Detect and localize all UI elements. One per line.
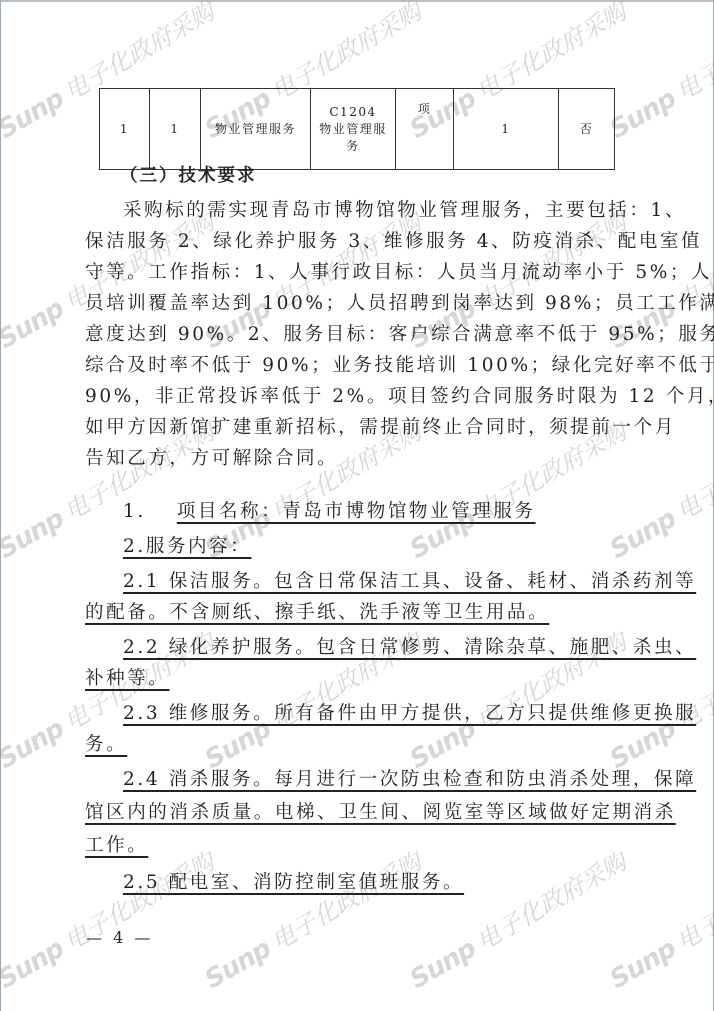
service-2-4-line-1: 2.4 消杀服务。每月进行一次防虫检查和防虫消杀处理，保障	[123, 769, 696, 790]
table-cell-index: 1	[100, 89, 150, 170]
table-cell-category: C1204 物业管理服务	[311, 89, 396, 170]
service-line: 2.3 维修服务。所有备件由甲方提供，乙方只提供维修更换服	[85, 699, 668, 729]
table-cell-package: 1	[150, 89, 201, 170]
paragraph-line: 保洁服务 2、绿化养护服务 3、维修服务 4、防疫消杀、配电室值	[85, 227, 630, 257]
service-2-3-line-1: 2.3 维修服务。所有备件由甲方提供，乙方只提供维修更换服	[123, 703, 696, 724]
paragraph-line: 采购标的需实现青岛市博物馆物业管理服务，主要包括：1、	[85, 196, 668, 226]
section-heading: （三）技术要求	[120, 161, 665, 191]
paragraph-line: 守等。工作指标：1、人事行政目标：人员当月流动率小于 5%；人	[85, 258, 630, 288]
category-name: 物业管理服务	[314, 121, 392, 155]
paragraph-line: 如甲方因新馆扩建重新招标，需提前终止合同时，须提前一个月	[85, 413, 630, 443]
service-2-5-line-1: 2.5 配电室、消防控制室值班服务。	[123, 872, 464, 893]
paragraph-line: 告知乙方，方可解除合同。	[85, 444, 630, 474]
category-code: C1204	[314, 104, 392, 121]
service-2-1-line-1: 2.1 保洁服务。包含日常保洁工具、设备、耗材、消杀药剂等	[123, 571, 696, 592]
table-cell-flag: 否	[559, 89, 615, 170]
table-cell-unit: 项	[396, 89, 454, 170]
service-line: 工作。	[85, 831, 630, 861]
service-line: 补种等。	[85, 664, 630, 694]
service-2-4-line-2: 馆区内的消杀质量。电梯、卫生间、阅览室等区域做好定期消杀	[85, 802, 676, 823]
service-line: 的配备。不含厕纸、擦手纸、洗手液等卫生用品。	[85, 598, 630, 628]
service-2-4-line-3: 工作。	[85, 835, 148, 856]
table-row: 1 1 物业管理服务 C1204 物业管理服务 项 1 否	[100, 89, 615, 170]
service-line: 2.2 绿化养护服务。包含日常修剪、清除杂草、施肥、杀虫、	[85, 633, 668, 663]
paragraph-line: 综合及时率不低于 90%；业务技能培训 100%；绿化完好率不低于	[85, 351, 630, 381]
service-2-2-line-2: 补种等。	[85, 668, 169, 689]
table-cell-quantity: 1	[454, 89, 559, 170]
project-name-line: 1. 项目名称：青岛市博物馆物业管理服务	[85, 497, 668, 527]
service-line: 馆区内的消杀质量。电梯、卫生间、阅览室等区域做好定期消杀	[85, 798, 630, 828]
paragraph-line: 90%，非正常投诉率低于 2%。项目签约合同服务时限为 12 个月，	[85, 382, 630, 412]
service-line: 2.4 消杀服务。每月进行一次防虫检查和防虫消杀处理，保障	[85, 765, 668, 795]
service-2-2-line-1: 2.2 绿化养护服务。包含日常修剪、清除杂草、施肥、杀虫、	[123, 637, 696, 658]
services-title-text: 2.服务内容：	[123, 536, 251, 557]
table-cell-item-name: 物业管理服务	[201, 89, 311, 170]
project-number: 1.	[123, 501, 146, 522]
service-line: 2.1 保洁服务。包含日常保洁工具、设备、耗材、消杀药剂等	[85, 567, 668, 597]
service-2-1-line-2: 的配备。不含厕纸、擦手纸、洗手液等卫生用品。	[85, 602, 549, 623]
document-page: 1 1 物业管理服务 C1204 物业管理服务 项 1 否 （三）技术要求 采购…	[0, 0, 714, 1011]
procurement-item-table: 1 1 物业管理服务 C1204 物业管理服务 项 1 否	[99, 88, 615, 170]
page-number: — 4 —	[86, 928, 153, 947]
service-line: 2.5 配电室、消防控制室值班服务。	[85, 868, 668, 898]
service-line: 务。	[85, 730, 630, 760]
project-name: 项目名称：青岛市博物馆物业管理服务	[177, 501, 536, 522]
paragraph-line: 意度达到 90%。2、服务目标：客户综合满意率不低于 95%；服务	[85, 320, 630, 350]
service-2-3-line-2: 务。	[85, 734, 127, 755]
services-title: 2.服务内容：	[85, 532, 668, 562]
paragraph-line: 员培训覆盖率达到 100%；人员招聘到岗率达到 98%；员工工作满	[85, 289, 630, 319]
unit-value: 项	[418, 102, 432, 116]
